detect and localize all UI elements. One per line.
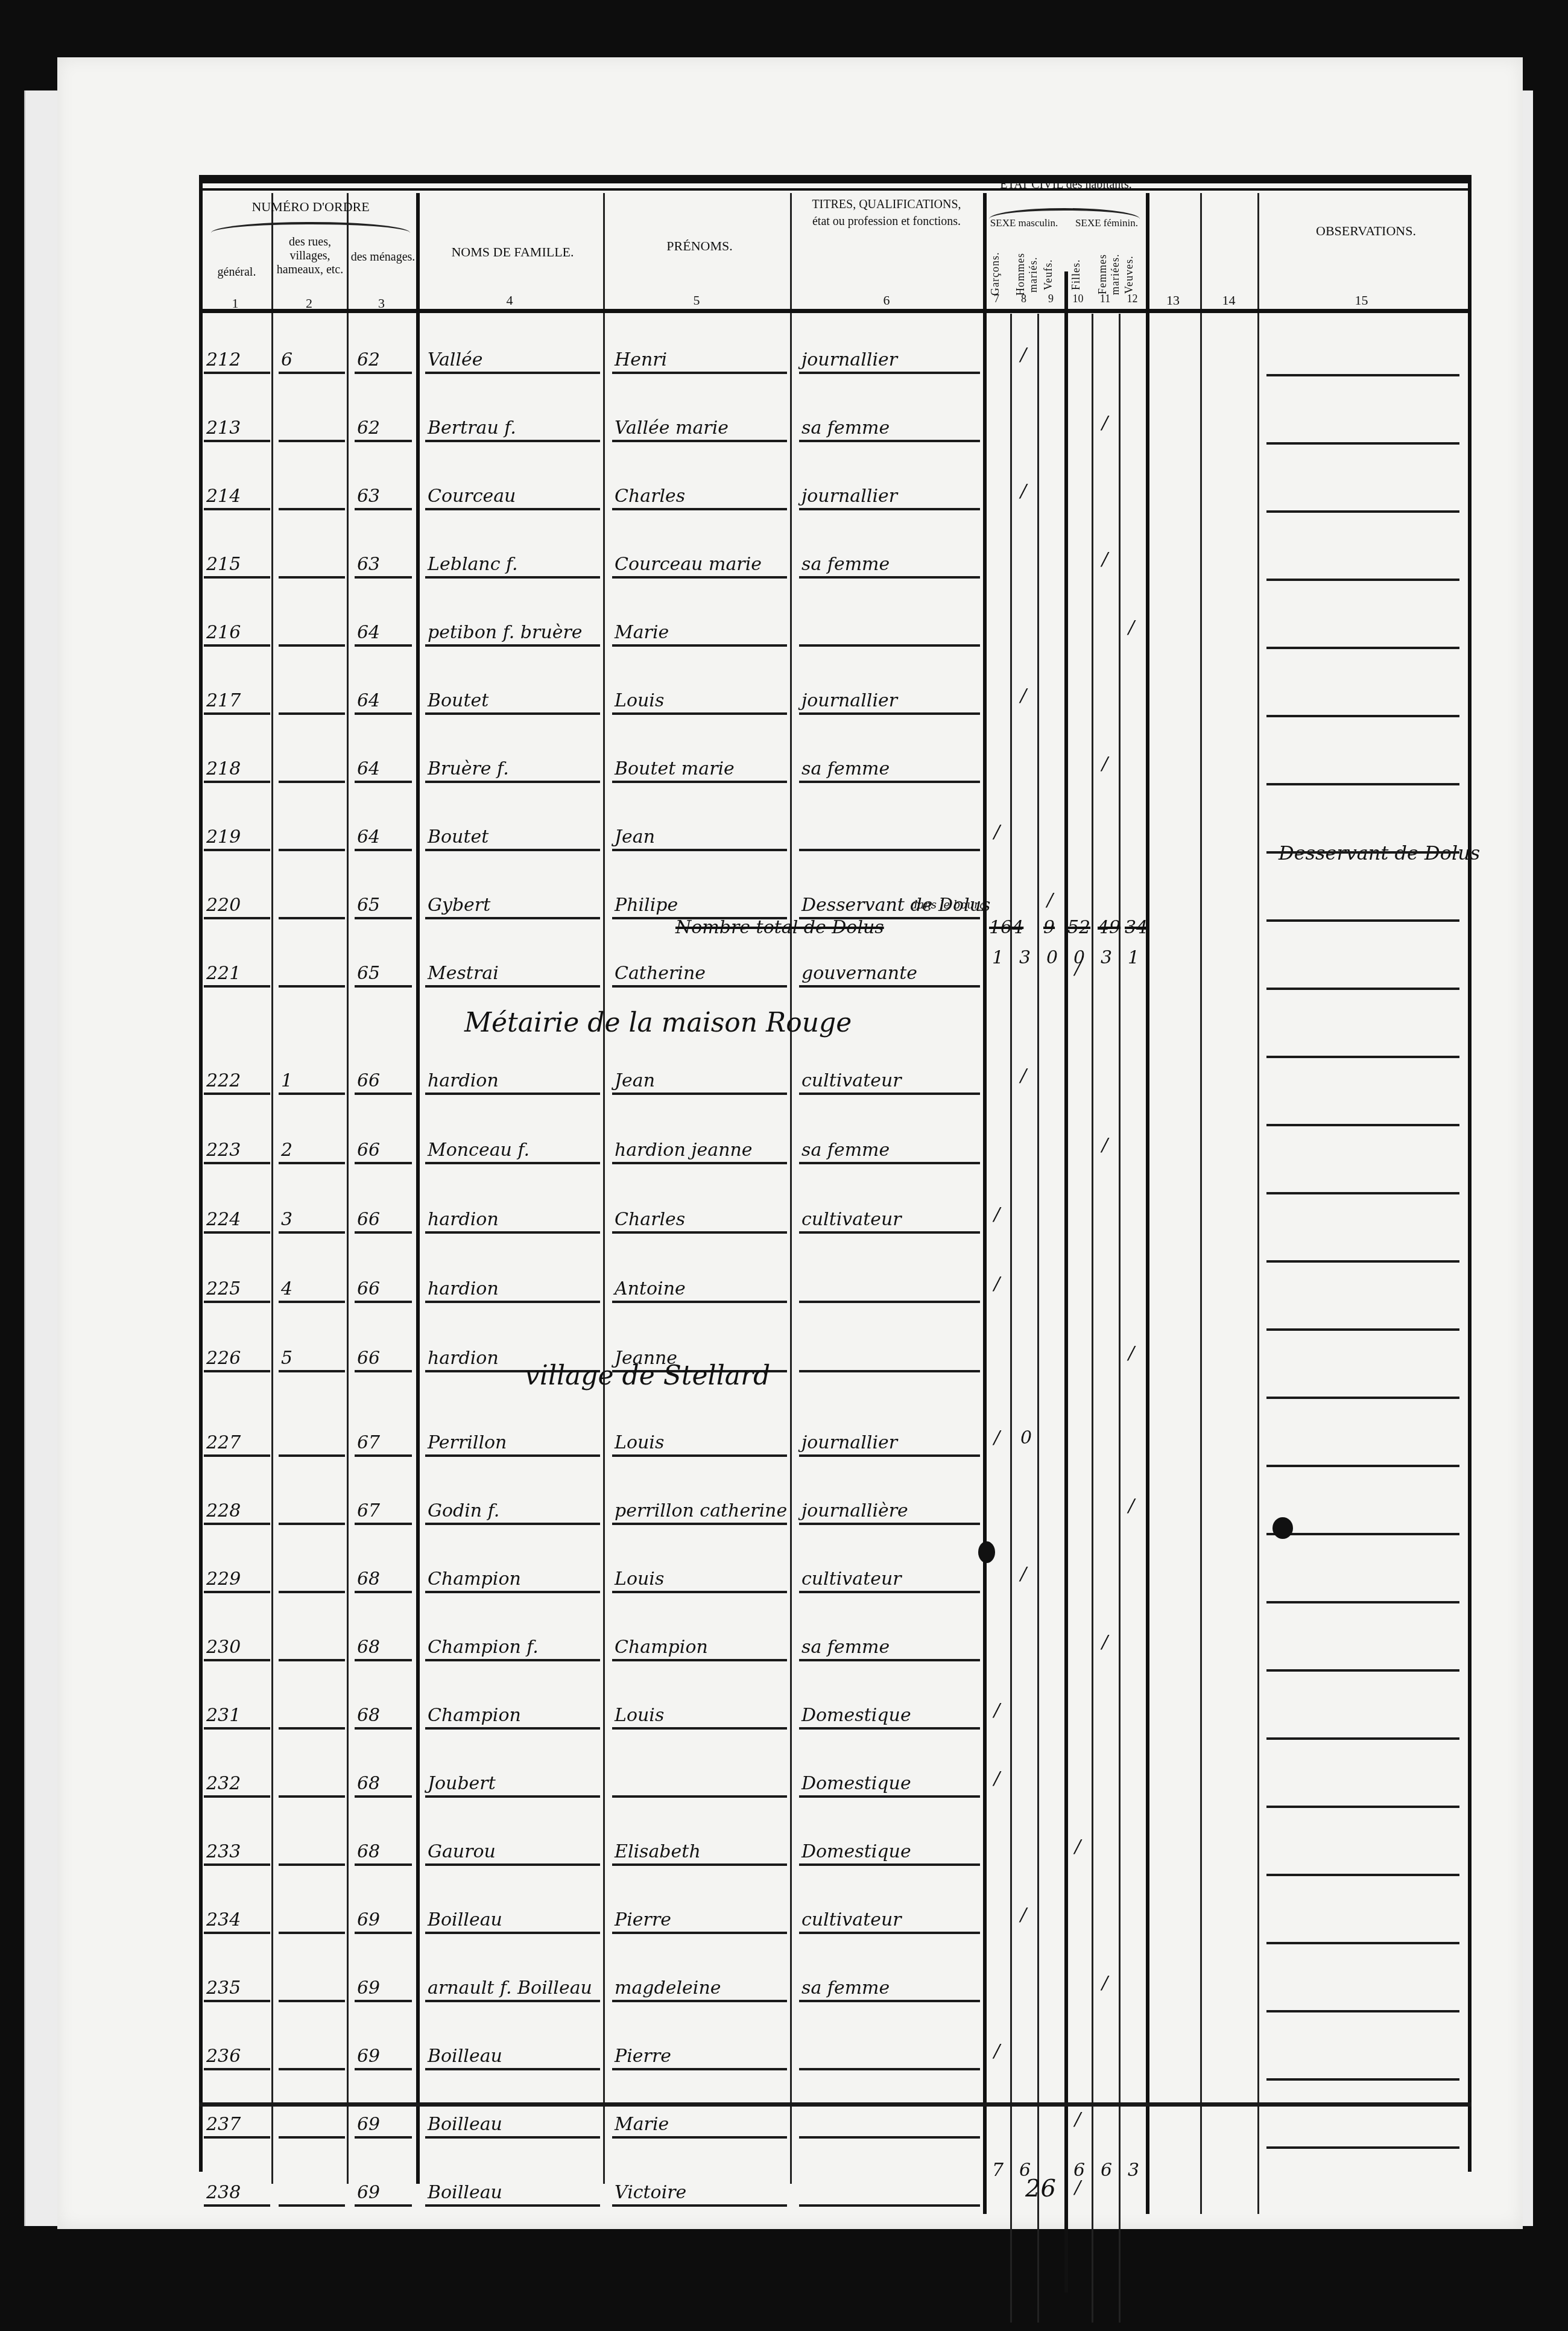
profession: journallier (801, 690, 897, 711)
header-observations: OBSERVATIONS. (1266, 223, 1465, 238)
first-name: Marie (615, 2114, 669, 2135)
header-sexe-masculin: SEXE masculin. (985, 217, 1063, 229)
tally-mark: / (1128, 1495, 1134, 1517)
entry-underline (204, 372, 270, 374)
household-number: 63 (357, 554, 380, 575)
section-title: village de Stellard (525, 1360, 770, 1391)
total-label: Nombre total de Dolus (675, 917, 884, 938)
entry-underline (612, 2204, 787, 2207)
tally-mark: / (1020, 685, 1026, 706)
page-total: 7 (992, 2160, 1004, 2181)
profession: cultivateur (801, 1070, 902, 1091)
entry-underline (425, 1454, 600, 1457)
family-name: Bertrau f. (428, 417, 516, 439)
entry-underline (799, 1795, 980, 1798)
header-veuves: Veuves. (1123, 253, 1136, 296)
family-name: Boilleau (428, 1909, 502, 1930)
family-name: Monceau f. (428, 1140, 530, 1161)
general-number: 225 (206, 1278, 241, 1299)
entry-underline (355, 1162, 412, 1164)
entry-underline (204, 1932, 270, 1934)
tally-mark: / (1128, 617, 1134, 638)
entry-underline (425, 1231, 600, 1234)
entry-underline (425, 440, 600, 442)
entry-underline (355, 644, 412, 647)
header-femmes-mariees: Femmes mariées. (1096, 253, 1121, 296)
struck-value: 34 (1125, 917, 1148, 938)
observation-rule (1266, 1192, 1459, 1194)
page-total: 6 (1073, 2160, 1085, 2181)
tally-mark: / (1020, 481, 1026, 502)
observation-rule (1266, 1737, 1459, 1740)
entry-underline (799, 1231, 980, 1234)
tally-mark: / (994, 1273, 1000, 1295)
entry-underline (425, 917, 600, 919)
family-name: Gybert (428, 895, 490, 916)
household-number: 64 (357, 690, 380, 711)
table-row: 21563Leblanc f.Courceau mariesa femme/ (199, 536, 1472, 579)
struck-value: 9 (1043, 917, 1055, 938)
tally-mark: / (1075, 1836, 1081, 1857)
entry-underline (799, 1932, 980, 1934)
entry-underline (799, 985, 980, 988)
entry-underline (204, 1231, 270, 1234)
observation-rule (1266, 919, 1459, 922)
page-total: 3 (1128, 2160, 1139, 2181)
entry-underline (799, 2204, 980, 2207)
entry-underline (425, 508, 600, 510)
col-number: 13 (1146, 293, 1200, 308)
entry-underline (279, 508, 345, 510)
family-name: Vallée (428, 349, 483, 370)
family-name: Champion (428, 1705, 521, 1726)
header-general: général. (202, 265, 271, 279)
entry-underline (799, 712, 980, 715)
entry-underline (612, 372, 787, 374)
entry-underline (612, 1093, 787, 1095)
household-number: 67 (357, 1432, 380, 1453)
entry-underline (204, 2136, 270, 2139)
entry-underline (204, 1162, 270, 1164)
entry-underline (799, 1727, 980, 1730)
entry-underline (279, 1932, 345, 1934)
tally-mark: / (1128, 1343, 1134, 1364)
household-number: 66 (357, 1209, 380, 1230)
entry-underline (279, 1370, 345, 1372)
general-number: 234 (206, 1909, 241, 1930)
household-number: 62 (357, 417, 380, 439)
entry-underline (799, 2136, 980, 2139)
entry-underline (355, 712, 412, 715)
entry-underline (204, 1863, 270, 1866)
entry-underline (799, 1659, 980, 1661)
family-name: Boutet (428, 690, 488, 711)
first-name: Catherine (615, 963, 706, 984)
entry-underline (612, 985, 787, 988)
tally-mark: / (1020, 1904, 1026, 1926)
tally-mark: / (1102, 1973, 1108, 1994)
family-name: Boilleau (428, 2046, 502, 2067)
first-name: Jean (615, 826, 655, 848)
total-value: 0 (1073, 947, 1085, 968)
table-row: 21764BoutetLouisjournallier/ (199, 673, 1472, 715)
family-name: Gaurou (428, 1841, 496, 1862)
entry-underline (799, 440, 980, 442)
entry-underline (204, 1301, 270, 1303)
entry-underline (279, 2068, 345, 2070)
first-name: Vallée marie (615, 417, 729, 439)
profession: sa femme (801, 1977, 890, 1999)
entry-underline (355, 2136, 412, 2139)
entry-underline (204, 1523, 270, 1525)
general-number: 232 (206, 1773, 241, 1794)
tally-mark: / (994, 822, 1000, 843)
observation-rule (1266, 1260, 1459, 1263)
entry-underline (799, 644, 980, 647)
entry-underline (612, 1301, 787, 1303)
table-row: 23869BoilleauVictoire/ (199, 2164, 1472, 2207)
observation-rule (1266, 2078, 1459, 2081)
first-name: Henri (615, 349, 667, 370)
tally-mark: / (1020, 1564, 1026, 1585)
header-veufs: Veufs. (1042, 253, 1055, 296)
entry-underline (279, 1162, 345, 1164)
profession: journallier (801, 349, 897, 370)
entry-underline (425, 1093, 600, 1095)
household-number: 63 (357, 486, 380, 507)
entry-underline (355, 1093, 412, 1095)
general-number: 214 (206, 486, 241, 507)
entry-underline (355, 781, 412, 783)
entry-underline (204, 1370, 270, 1372)
entry-underline (355, 1231, 412, 1234)
profession: cultivateur (801, 1209, 902, 1230)
entry-underline (355, 1863, 412, 1866)
entry-underline (425, 1727, 600, 1730)
observation-rule (1266, 442, 1459, 445)
entry-underline (799, 508, 980, 510)
entry-underline (204, 1591, 270, 1593)
general-number: 226 (206, 1348, 241, 1369)
entry-underline (355, 576, 412, 579)
col-number: 6 (790, 293, 983, 308)
observation-text: Desservant de Dolus (1279, 842, 1480, 2162)
general-number: 237 (206, 2114, 241, 2135)
entry-underline (204, 576, 270, 579)
street-number: 4 (281, 1278, 292, 1299)
observation-rule (1266, 715, 1459, 717)
observation-rule (1266, 1533, 1459, 1535)
entry-underline (799, 1093, 980, 1095)
entry-underline (279, 372, 345, 374)
entry-underline (204, 1454, 270, 1457)
entry-underline (612, 2136, 787, 2139)
entry-underline (799, 1523, 980, 1525)
tally-mark: / (994, 2041, 1000, 2062)
observation-rule (1266, 851, 1459, 854)
struck-value: 52 (1067, 917, 1090, 938)
entry-underline (279, 1093, 345, 1095)
entry-underline (799, 1370, 980, 1372)
first-name: Champion (615, 1637, 708, 1658)
first-name: Philipe (615, 895, 678, 916)
profession: journallier (801, 1432, 897, 1453)
first-name: Louis (615, 1705, 664, 1726)
entry-underline (612, 712, 787, 715)
profession: journallier (801, 486, 897, 507)
entry-underline (612, 1932, 787, 1934)
col-number: 11 (1092, 293, 1119, 305)
tally-mark: / (1020, 1065, 1026, 1086)
header-des-rues: des rues, villages, hameaux, etc. (274, 235, 346, 277)
entry-underline (612, 1162, 787, 1164)
col-number: 4 (416, 293, 603, 308)
entry-underline (612, 781, 787, 783)
entry-underline (279, 985, 345, 988)
entry-underline (425, 1795, 600, 1798)
first-name: Elisabeth (615, 1841, 701, 1862)
entry-underline (799, 1162, 980, 1164)
tally-mark: / (994, 1427, 1000, 1448)
tally-mark: / (1020, 344, 1026, 366)
header-des-menages: des ménages. (350, 250, 416, 264)
entry-underline (279, 2204, 345, 2207)
col-number: 7 (983, 293, 1010, 305)
general-number: 213 (206, 417, 241, 439)
entry-underline (204, 2000, 270, 2002)
entry-underline (279, 576, 345, 579)
street-number: 1 (281, 1070, 292, 1091)
street-number: 3 (281, 1209, 292, 1230)
tally-mark: / (1102, 413, 1108, 434)
table-row: 21664petibon f. bruèreMarie/ (199, 604, 1472, 647)
entry-underline (799, 372, 980, 374)
household-number: 68 (357, 1637, 380, 1658)
street-number: 2 (281, 1140, 292, 1161)
profession: sa femme (801, 1140, 890, 1161)
entry-underline (425, 1523, 600, 1525)
entry-underline (425, 576, 600, 579)
household-number: 66 (357, 1140, 380, 1161)
entry-underline (279, 1795, 345, 1798)
entry-underline (612, 1454, 787, 1457)
observation-rule (1266, 1942, 1459, 1944)
table-row: 21463CourceauCharlesjournallier/ (199, 468, 1472, 510)
first-name: perrillon catherine (615, 1500, 787, 1521)
profession: Domestique (801, 1841, 911, 1862)
entry-underline (279, 917, 345, 919)
entry-underline (425, 985, 600, 988)
observation-rule (1266, 1465, 1459, 1467)
entry-underline (279, 781, 345, 783)
ink-blot (978, 1541, 995, 1563)
observation-rule (1266, 1397, 1459, 1399)
entry-underline (279, 2000, 345, 2002)
observation-rule (1266, 2146, 1459, 2149)
general-number: 231 (206, 1705, 241, 1726)
observation-rule (1266, 1874, 1459, 1876)
struck-value: 164 (989, 917, 1023, 938)
entry-underline (355, 985, 412, 988)
entry-underline (355, 1454, 412, 1457)
household-number: 66 (357, 1278, 380, 1299)
observation-rule (1266, 1328, 1459, 1331)
entry-underline (799, 2000, 980, 2002)
col-number: 8 (1010, 293, 1037, 305)
entry-underline (204, 1727, 270, 1730)
entry-underline (425, 2204, 600, 2207)
entry-underline (204, 849, 270, 851)
family-name: hardion (428, 1070, 499, 1091)
profession: cultivateur (801, 1568, 902, 1590)
entry-underline (355, 1795, 412, 1798)
household-number: 68 (357, 1568, 380, 1590)
observation-rule (1266, 1124, 1459, 1126)
entry-underline (355, 917, 412, 919)
general-number: 229 (206, 1568, 241, 1590)
family-name: Boutet (428, 826, 488, 848)
tally-mark: / (994, 1204, 1000, 1225)
entry-underline (355, 440, 412, 442)
household-number: 68 (357, 1773, 380, 1794)
observation-rule (1266, 1601, 1459, 1603)
tally-mark: / (994, 1768, 1000, 1789)
first-name: Louis (615, 690, 664, 711)
header-garcons: Garçons. (989, 253, 1002, 296)
general-number: 216 (206, 622, 241, 643)
entry-underline (279, 1231, 345, 1234)
entry-underline (355, 1659, 412, 1661)
entry-underline (355, 1727, 412, 1730)
observation-rule (1266, 374, 1459, 376)
table-row: 212662ValléeHenrijournallier/ (199, 332, 1472, 374)
entry-underline (425, 849, 600, 851)
profession: gouvernante (801, 963, 917, 984)
family-name: Mestrai (428, 963, 499, 984)
col-number: 10 (1064, 293, 1092, 305)
household-number: 69 (357, 1977, 380, 1999)
col-number: 15 (1257, 293, 1465, 308)
general-number: 220 (206, 895, 241, 916)
observation-rule (1266, 510, 1459, 513)
entry-underline (612, 2068, 787, 2070)
entry-underline (355, 1591, 412, 1593)
ink-blot (1272, 1517, 1293, 1539)
entry-underline (204, 917, 270, 919)
first-name: hardion jeanne (615, 1140, 753, 1161)
observation-rule (1266, 647, 1459, 649)
col-number: 14 (1200, 293, 1257, 308)
total-value: 0 (1046, 947, 1058, 968)
household-number: 68 (357, 1705, 380, 1726)
observation-rule (1266, 2010, 1459, 2012)
entry-underline (204, 781, 270, 783)
observation-rule (1266, 988, 1459, 990)
struck-value: 49 (1098, 917, 1121, 938)
household-number: 69 (357, 1909, 380, 1930)
profession: sa femme (801, 554, 890, 575)
entry-underline (279, 2136, 345, 2139)
entry-underline (425, 1932, 600, 1934)
general-number: 223 (206, 1140, 241, 1161)
family-name: Boilleau (428, 2182, 502, 2203)
general-number: 238 (206, 2182, 241, 2203)
family-name: Joubert (428, 1773, 496, 1794)
entry-underline (204, 985, 270, 988)
census-table: NUMÉRO D'ORDRE général. des rues, villag… (199, 175, 1478, 2166)
first-name: Victoire (615, 2182, 686, 2203)
entry-underline (355, 508, 412, 510)
first-name: Marie (615, 622, 669, 643)
header-noms-de-famille: NOMS DE FAMILLE. (422, 244, 603, 259)
entry-underline (799, 1591, 980, 1593)
family-name: hardion (428, 1209, 499, 1230)
entry-underline (612, 1659, 787, 1661)
household-number: 69 (357, 2114, 380, 2135)
general-number: 228 (206, 1500, 241, 1521)
header-rule (199, 309, 1472, 313)
col-number: 5 (603, 293, 790, 308)
entry-underline (425, 1591, 600, 1593)
col-number: 12 (1119, 293, 1146, 305)
total-inserted: dans le bourg (911, 899, 986, 912)
entry-underline (612, 1727, 787, 1730)
family-name: Perrillon (428, 1432, 507, 1453)
entry-underline (355, 1523, 412, 1525)
tally-mark: 0 (1020, 1427, 1032, 1448)
entry-underline (425, 2068, 600, 2070)
entry-underline (204, 2068, 270, 2070)
tally-mark: / (1075, 2109, 1081, 2130)
general-number: 233 (206, 1841, 241, 1862)
profession: cultivateur (801, 1909, 902, 1930)
family-name: Godin f. (428, 1500, 499, 1521)
street-number: 6 (281, 349, 292, 370)
entry-underline (204, 1659, 270, 1661)
profession: Domestique (801, 1705, 911, 1726)
entry-underline (355, 372, 412, 374)
tally-mark: / (1102, 1632, 1108, 1653)
general-number: 219 (206, 826, 241, 848)
entry-underline (612, 2000, 787, 2002)
entry-underline (425, 1863, 600, 1866)
family-name: petibon f. bruère (428, 622, 583, 643)
bottom-rule (199, 2102, 1472, 2107)
entry-underline (204, 1093, 270, 1095)
entry-underline (204, 2204, 270, 2207)
entry-underline (279, 1591, 345, 1593)
family-name: arnault f. Boilleau (428, 1977, 592, 1999)
entry-underline (425, 2136, 600, 2139)
profession: sa femme (801, 1637, 890, 1658)
table-row: 21864Bruère f.Boutet mariesa femme/ (199, 741, 1472, 783)
tally-mark: / (1102, 753, 1108, 775)
col-number: 9 (1037, 293, 1064, 305)
household-number: 64 (357, 826, 380, 848)
entry-underline (204, 508, 270, 510)
general-number: 224 (206, 1209, 241, 1230)
entry-underline (279, 1863, 345, 1866)
general-number: 218 (206, 758, 241, 779)
entry-underline (204, 1795, 270, 1798)
total-label-text: Nombre total de Dolus (675, 917, 884, 938)
entry-underline (612, 1591, 787, 1593)
entry-underline (612, 440, 787, 442)
observation-rule (1266, 1806, 1459, 1808)
entry-underline (612, 1523, 787, 1525)
total-value: 3 (1019, 947, 1031, 968)
first-name: Charles (615, 1209, 685, 1230)
